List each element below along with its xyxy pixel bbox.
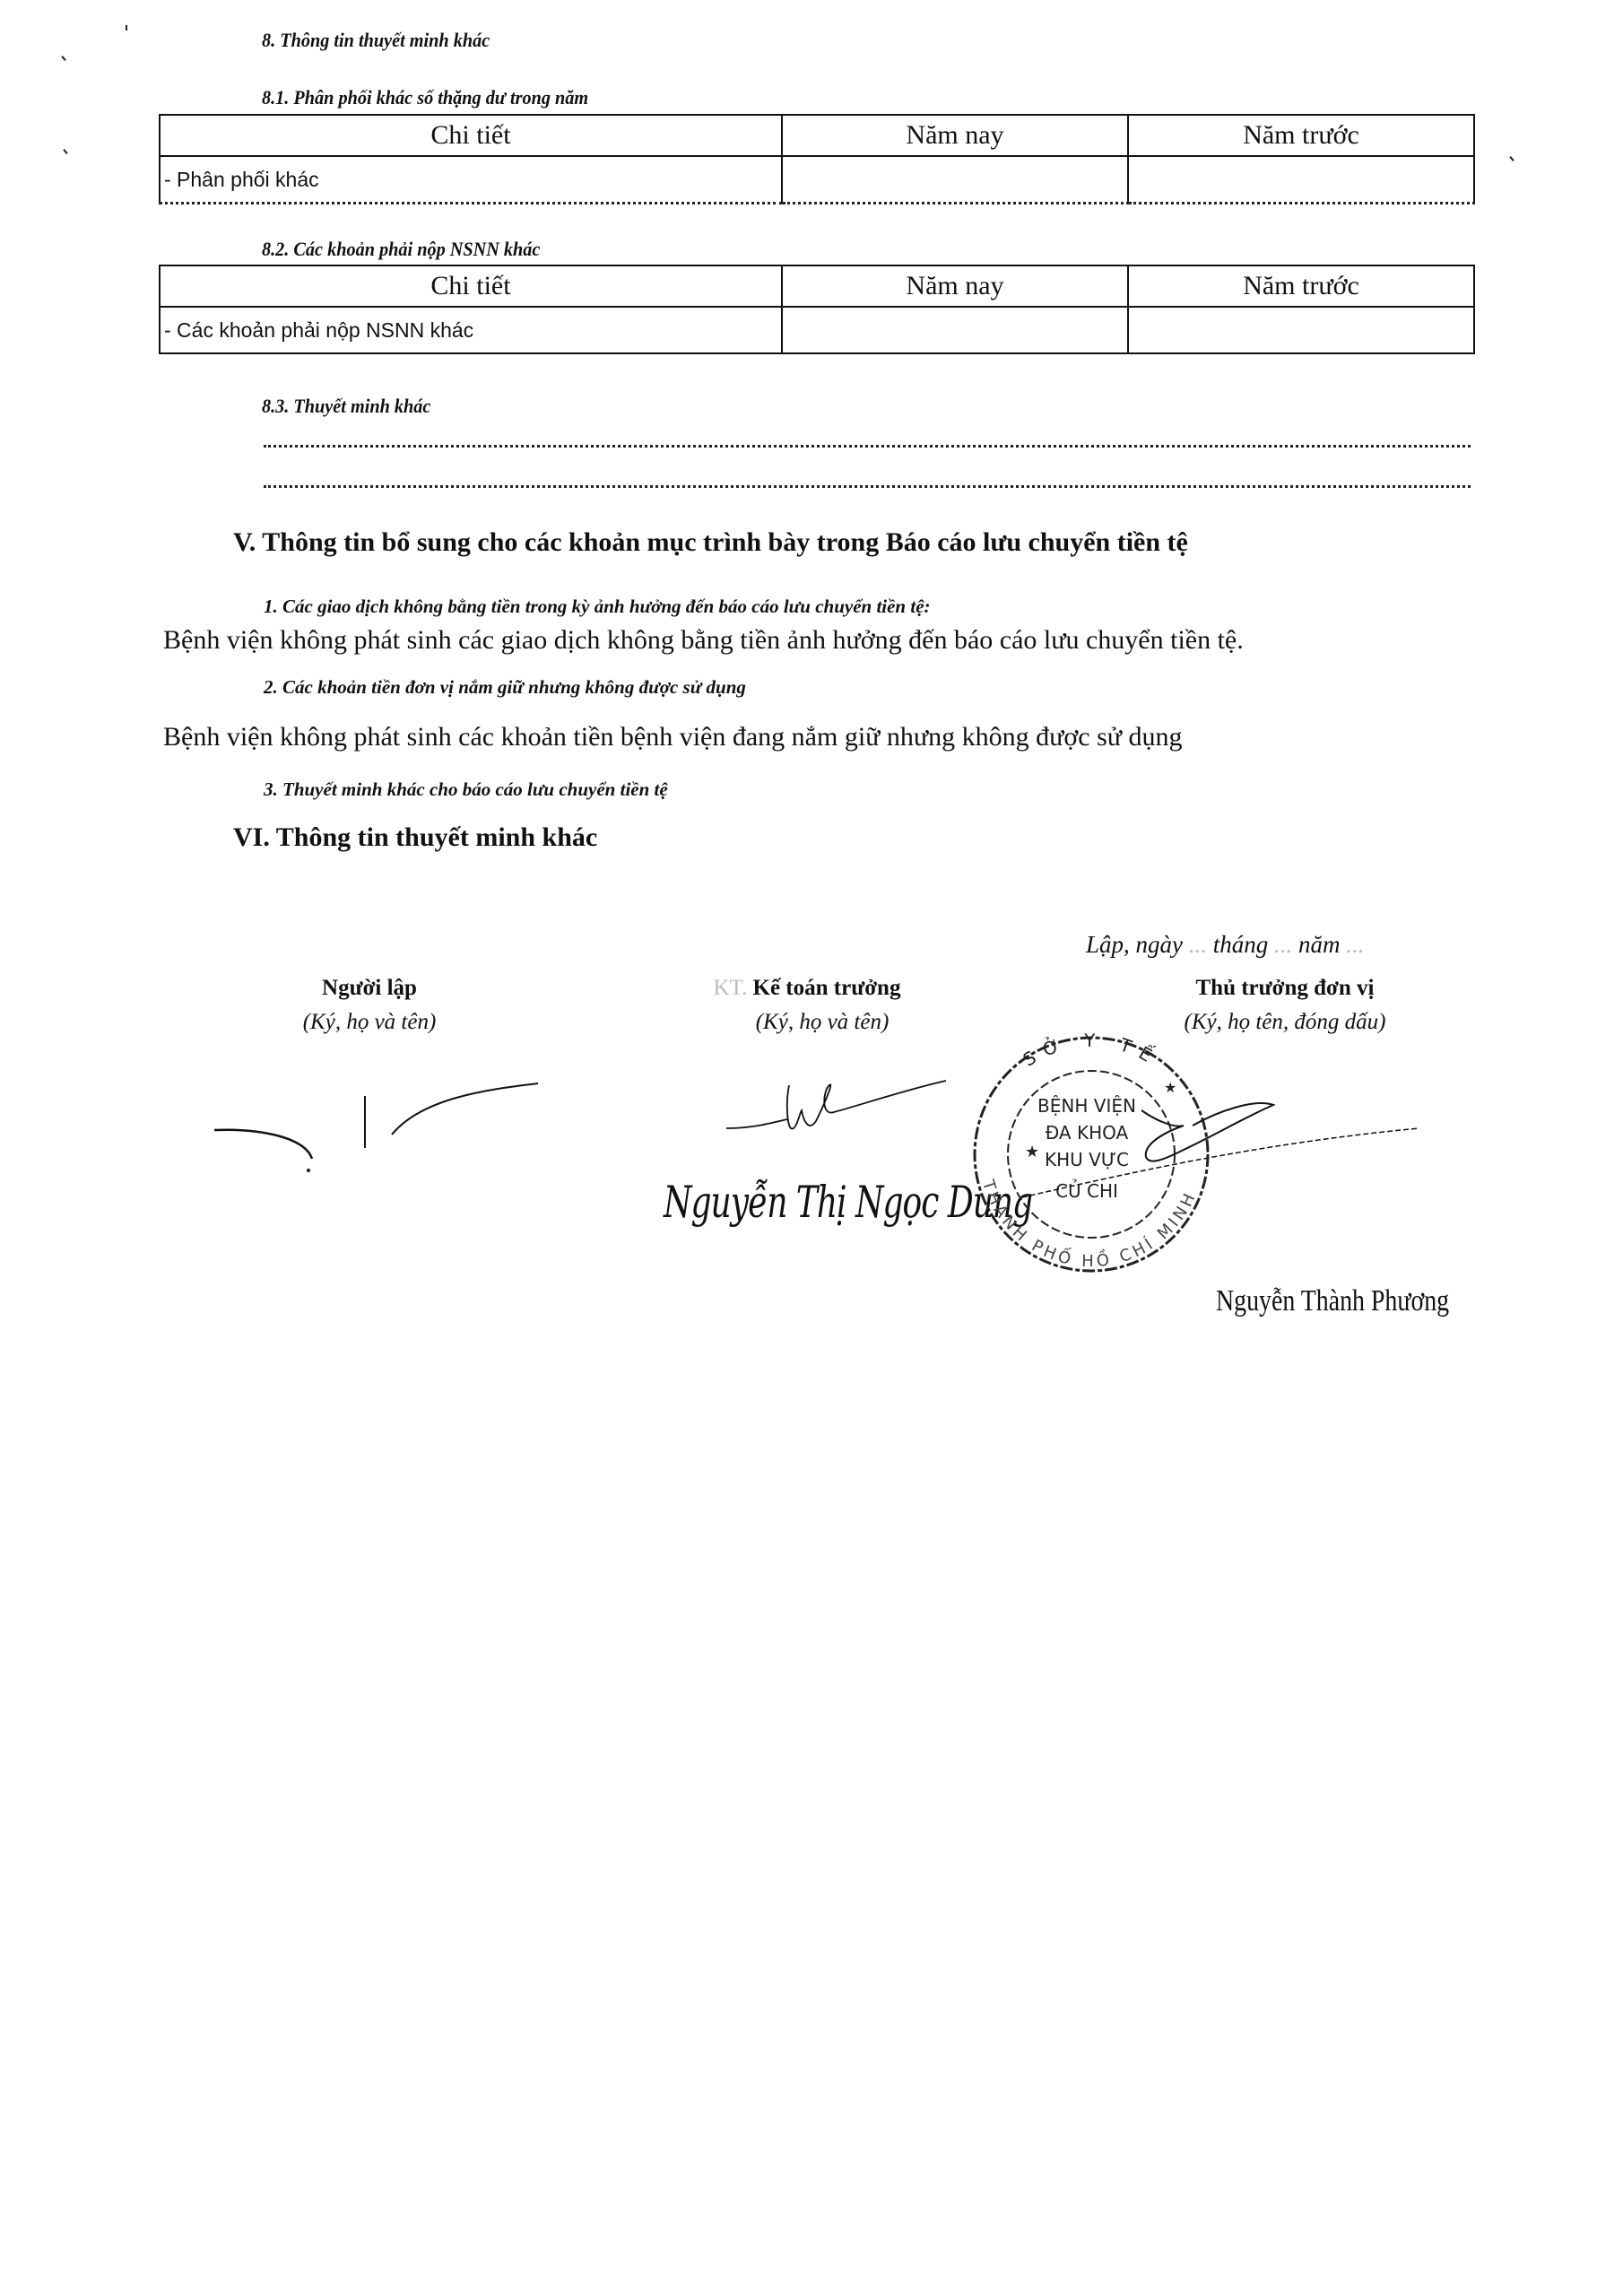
- svg-text:★: ★: [1164, 1081, 1176, 1096]
- stamp-line-3: KHU VỰC: [1045, 1149, 1129, 1170]
- stamp-line-2: ĐA KHOA: [1046, 1122, 1129, 1144]
- stamp-line-1: BỆNH VIỆN: [1037, 1095, 1136, 1117]
- official-stamp: SỞ Y TẾ THÀNH PHỐ HỒ CHÍ MINH ★ ★ BỆNH V…: [0, 0, 1623, 1435]
- stamp-top-text: SỞ Y TẾ: [1020, 1030, 1164, 1071]
- svg-text:★: ★: [1025, 1143, 1039, 1161]
- svg-text:SỞ Y TẾ: SỞ Y TẾ: [1020, 1030, 1164, 1071]
- head-name: Nguyễn Thành Phương: [1216, 1284, 1449, 1318]
